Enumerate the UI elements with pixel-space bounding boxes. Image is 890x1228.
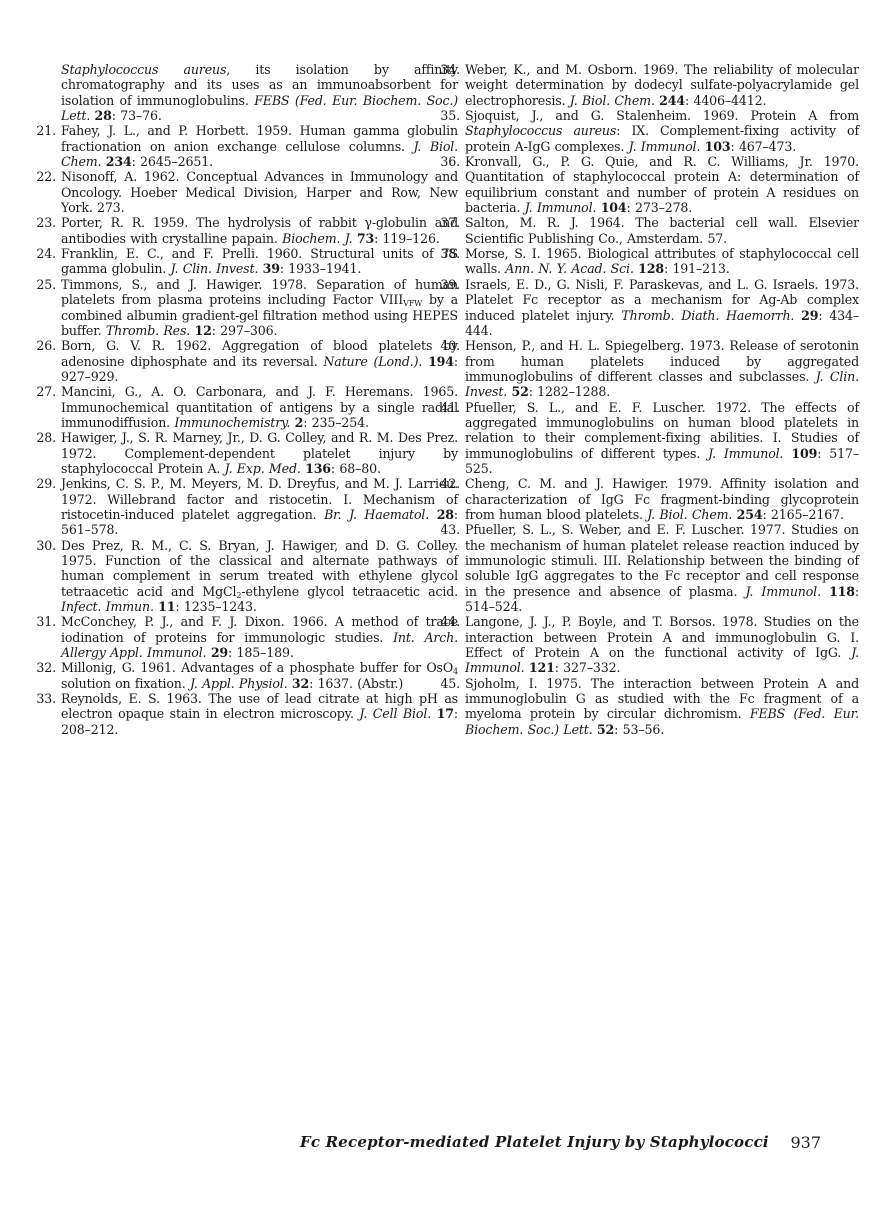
reference-number: 35.: [434, 108, 460, 123]
reference-text: Morse, S. I. 1965. Biological attributes…: [465, 246, 859, 277]
reference-item: 25.Timmons, S., and J. Hawiger. 1978. Se…: [61, 277, 458, 338]
reference-item: 31.McConchey, P. J., and F. J. Dixon. 19…: [61, 614, 458, 660]
reference-list-left: Staphylococcus aureus, its isolation by …: [61, 62, 458, 737]
reference-number: 36.: [434, 154, 460, 169]
reference-number: 29.: [30, 476, 56, 491]
page-number: 937: [790, 1133, 821, 1152]
reference-text: Henson, P., and H. L. Spiegelberg. 1973.…: [465, 338, 859, 399]
page-footer: Fc Receptor-mediated Platelet Injury by …: [300, 1133, 821, 1152]
reference-number: 23.: [30, 215, 56, 230]
reference-text: Fahey, J. L., and P. Horbett. 1959. Huma…: [61, 123, 458, 169]
reference-number: 27.: [30, 384, 56, 399]
running-title: Fc Receptor-mediated Platelet Injury by …: [300, 1133, 769, 1152]
reference-item: 40.Henson, P., and H. L. Spiegelberg. 19…: [465, 338, 859, 399]
reference-item: 28.Hawiger, J., S. R. Marney, Jr., D. G.…: [61, 430, 458, 476]
reference-text: Cheng, C. M. and J. Hawiger. 1979. Affin…: [465, 476, 859, 522]
reference-number: 24.: [30, 246, 56, 261]
reference-item: 23.Porter, R. R. 1959. The hydrolysis of…: [61, 215, 458, 246]
reference-text: Franklin, E. C., and F. Prelli. 1960. St…: [61, 246, 458, 277]
reference-number: 22.: [30, 169, 56, 184]
reference-item: 42.Cheng, C. M. and J. Hawiger. 1979. Af…: [465, 476, 859, 522]
reference-item: 35.Sjoquist, J., and G. Stalenheim. 1969…: [465, 108, 859, 154]
reference-item: 24.Franklin, E. C., and F. Prelli. 1960.…: [61, 246, 458, 277]
reference-text: Des Prez, R. M., C. S. Bryan, J. Hawiger…: [61, 538, 458, 615]
reference-text: Reynolds, E. S. 1963. The use of lead ci…: [61, 691, 458, 737]
reference-text: Millonig, G. 1961. Advantages of a phosp…: [61, 660, 458, 691]
reference-list-right: 34.Weber, K., and M. Osborn. 1969. The r…: [465, 62, 859, 737]
reference-number: 25.: [30, 277, 56, 292]
reference-item: 34.Weber, K., and M. Osborn. 1969. The r…: [465, 62, 859, 108]
reference-text: Kronvall, G., P. G. Quie, and R. C. Will…: [465, 154, 859, 215]
reference-text: Porter, R. R. 1959. The hydrolysis of ra…: [61, 215, 458, 246]
reference-number: 37.: [434, 215, 460, 230]
reference-text: Sjoholm, I. 1975. The interaction betwee…: [465, 676, 859, 737]
reference-text: Sjoquist, J., and G. Stalenheim. 1969. P…: [465, 108, 859, 154]
reference-number: 39.: [434, 277, 460, 292]
reference-item: 45.Sjoholm, I. 1975. The interaction bet…: [465, 676, 859, 737]
reference-number: 40.: [434, 338, 460, 353]
reference-text: Langone, J. J., P. Boyle, and T. Borsos.…: [465, 614, 859, 675]
reference-text: Nisonoff, A. 1962. Conceptual Advances i…: [61, 169, 458, 215]
reference-text: Staphylococcus aureus, its isolation by …: [61, 62, 458, 123]
reference-number: 31.: [30, 614, 56, 629]
reference-number: 45.: [434, 676, 460, 691]
reference-item: 21.Fahey, J. L., and P. Horbett. 1959. H…: [61, 123, 458, 169]
reference-text: Israels, E. D., G. Nisli, F. Paraskevas,…: [465, 277, 859, 338]
reference-item: 32.Millonig, G. 1961. Advantages of a ph…: [61, 660, 458, 691]
reference-number: 41.: [434, 400, 460, 415]
reference-number: 26.: [30, 338, 56, 353]
reference-text: Salton, M. R. J. 1964. The bacterial cel…: [465, 215, 859, 246]
reference-item: 41.Pfueller, S. L., and E. F. Luscher. 1…: [465, 400, 859, 477]
reference-item: 37.Salton, M. R. J. 1964. The bacterial …: [465, 215, 859, 246]
reference-item: 22.Nisonoff, A. 1962. Conceptual Advance…: [61, 169, 458, 215]
reference-item: 39.Israels, E. D., G. Nisli, F. Paraskev…: [465, 277, 859, 338]
reference-number: 44.: [434, 614, 460, 629]
reference-text: Timmons, S., and J. Hawiger. 1978. Separ…: [61, 277, 458, 338]
reference-number: 21.: [30, 123, 56, 138]
reference-text: Mancini, G., A. O. Carbonara, and J. F. …: [61, 384, 458, 430]
reference-text: Jenkins, C. S. P., M. Meyers, M. D. Drey…: [61, 476, 458, 537]
reference-number: 43.: [434, 522, 460, 537]
reference-text: Weber, K., and M. Osborn. 1969. The reli…: [465, 62, 859, 108]
reference-item: 43.Pfueller, S. L., S. Weber, and E. F. …: [465, 522, 859, 614]
reference-text: Hawiger, J., S. R. Marney, Jr., D. G. Co…: [61, 430, 458, 476]
reference-number: 32.: [30, 660, 56, 675]
reference-number: 38.: [434, 246, 460, 261]
reference-item: 30.Des Prez, R. M., C. S. Bryan, J. Hawi…: [61, 538, 458, 615]
reference-item: 38.Morse, S. I. 1965. Biological attribu…: [465, 246, 859, 277]
reference-text: Born, G. V. R. 1962. Aggregation of bloo…: [61, 338, 458, 384]
reference-item: 36.Kronvall, G., P. G. Quie, and R. C. W…: [465, 154, 859, 215]
reference-number: 34.: [434, 62, 460, 77]
reference-item: 44.Langone, J. J., P. Boyle, and T. Bors…: [465, 614, 859, 675]
reference-item: Staphylococcus aureus, its isolation by …: [61, 62, 458, 123]
reference-item: 26.Born, G. V. R. 1962. Aggregation of b…: [61, 338, 458, 384]
reference-number: 42.: [434, 476, 460, 491]
reference-number: 28.: [30, 430, 56, 445]
reference-text: Pfueller, S. L., and E. F. Luscher. 1972…: [465, 400, 859, 477]
reference-number: 30.: [30, 538, 56, 553]
reference-text: McConchey, P. J., and F. J. Dixon. 1966.…: [61, 614, 458, 660]
reference-item: 27.Mancini, G., A. O. Carbonara, and J. …: [61, 384, 458, 430]
reference-number: 33.: [30, 691, 56, 706]
reference-item: 29.Jenkins, C. S. P., M. Meyers, M. D. D…: [61, 476, 458, 537]
reference-item: 33.Reynolds, E. S. 1963. The use of lead…: [61, 691, 458, 737]
reference-text: Pfueller, S. L., S. Weber, and E. F. Lus…: [465, 522, 859, 614]
